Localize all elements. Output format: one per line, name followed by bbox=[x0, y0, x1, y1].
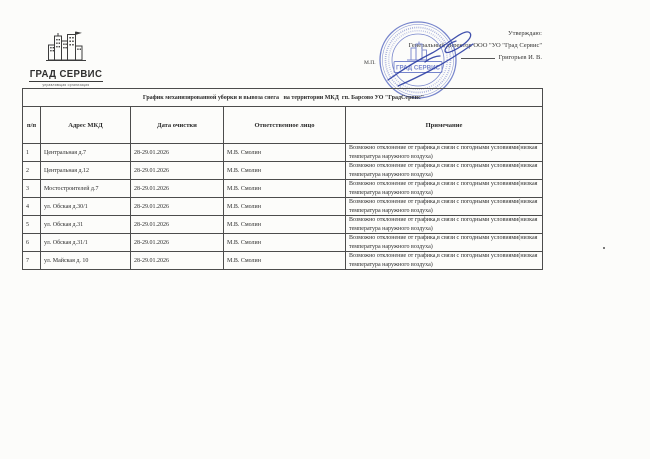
header-cell-person: Ответственное лицо bbox=[224, 107, 346, 144]
cell-note: Возможно отклонение от графика,в связи с… bbox=[346, 252, 543, 270]
cell-person: М.В. Смолин bbox=[224, 180, 346, 198]
city-skyline-icon bbox=[46, 31, 86, 63]
logo-title: ГРАД СЕРВИС bbox=[29, 69, 104, 80]
cell-num: 3 bbox=[23, 180, 41, 198]
cell-address: ул. Обская д.31 bbox=[41, 216, 131, 234]
cell-num: 7 bbox=[23, 252, 41, 270]
table-title: График механизированной уборки и вывоза … bbox=[23, 89, 543, 107]
table-row: 4 ул. Обская д.30/1 28-29.01.2026 М.В. С… bbox=[23, 198, 543, 216]
cell-note: Возможно отклонение от графика,в связи с… bbox=[346, 234, 543, 252]
cell-address: Центральная д.7 bbox=[41, 144, 131, 162]
cell-date: 28-29.01.2026 bbox=[131, 144, 224, 162]
cell-date: 28-29.01.2026 bbox=[131, 162, 224, 180]
logo-subtitle: управляющая организация bbox=[27, 83, 105, 87]
table-row: 3 Мостостроителей д.7 28-29.01.2026 М.В.… bbox=[23, 180, 543, 198]
cell-person: М.В. Смолин bbox=[224, 234, 346, 252]
cell-num: 4 bbox=[23, 198, 41, 216]
logo-underline bbox=[29, 81, 103, 82]
table-row: 7 ул. Майская д. 10 28-29.01.2026 М.В. С… bbox=[23, 252, 543, 270]
cell-num: 5 bbox=[23, 216, 41, 234]
cell-date: 28-29.01.2026 bbox=[131, 198, 224, 216]
cell-address: Центральная д.12 bbox=[41, 162, 131, 180]
cell-date: 28-29.01.2026 bbox=[131, 252, 224, 270]
cell-address: Мостостроителей д.7 bbox=[41, 180, 131, 198]
cell-person: М.В. Смолин bbox=[224, 216, 346, 234]
company-logo: ГРАД СЕРВИС управляющая организация bbox=[27, 31, 105, 87]
cell-address: ул. Майская д. 10 bbox=[41, 252, 131, 270]
table-row: 6 ул. Обская д.31/1 28-29.01.2026 М.В. С… bbox=[23, 234, 543, 252]
cell-note: Возможно отклонение от графика,в связи с… bbox=[346, 198, 543, 216]
header-cell-note: Примечание bbox=[346, 107, 543, 144]
cell-date: 28-29.01.2026 bbox=[131, 216, 224, 234]
table-row: 1 Центральная д.7 28-29.01.2026 М.В. Смо… bbox=[23, 144, 543, 162]
table-title-row: График механизированной уборки и вывоза … bbox=[23, 89, 543, 107]
scan-speck bbox=[603, 247, 605, 249]
cell-date: 28-29.01.2026 bbox=[131, 234, 224, 252]
cell-num: 1 bbox=[23, 144, 41, 162]
approval-signer: Григорьев И. В. bbox=[498, 54, 542, 61]
cell-address: ул. Обская д.31/1 bbox=[41, 234, 131, 252]
cell-person: М.В. Смолин bbox=[224, 144, 346, 162]
cell-num: 2 bbox=[23, 162, 41, 180]
cell-note: Возможно отклонение от графика,в связи с… bbox=[346, 144, 543, 162]
cell-person: М.В. Смолин bbox=[224, 252, 346, 270]
table-header-row: п/п Адрес МКД Дата очистки Ответственное… bbox=[23, 107, 543, 144]
header-cell-address: Адрес МКД bbox=[41, 107, 131, 144]
cell-note: Возможно отклонение от графика,в связи с… bbox=[346, 216, 543, 234]
cell-note: Возможно отклонение от графика,в связи с… bbox=[346, 180, 543, 198]
header-cell-date: Дата очистки bbox=[131, 107, 224, 144]
cell-num: 6 bbox=[23, 234, 41, 252]
schedule-table: График механизированной уборки и вывоза … bbox=[22, 88, 543, 270]
director-signature bbox=[370, 18, 490, 96]
cell-person: М.В. Смолин bbox=[224, 162, 346, 180]
table-row: 5 ул. Обская д.31 28-29.01.2026 М.В. Смо… bbox=[23, 216, 543, 234]
cell-person: М.В. Смолин bbox=[224, 198, 346, 216]
cell-note: Возможно отклонение от графика,в связи с… bbox=[346, 162, 543, 180]
table-row: 2 Центральная д.12 28-29.01.2026 М.В. См… bbox=[23, 162, 543, 180]
document-page: ГРАД СЕРВИС управляющая организация Утве… bbox=[0, 0, 650, 459]
header-cell-num: п/п bbox=[23, 107, 41, 144]
cell-address: ул. Обская д.30/1 bbox=[41, 198, 131, 216]
cell-date: 28-29.01.2026 bbox=[131, 180, 224, 198]
